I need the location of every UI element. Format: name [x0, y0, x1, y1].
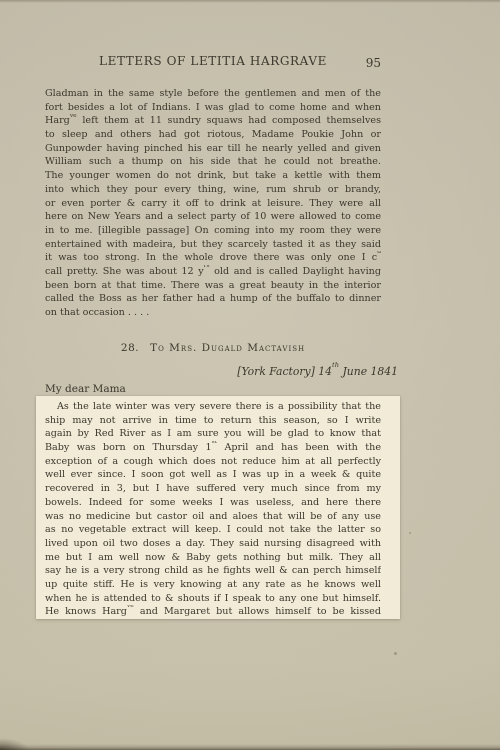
text-line: Gunpowder having pinched his ear till he… — [45, 142, 381, 156]
text-line: me but I am well now & Baby gets nothing… — [45, 551, 381, 565]
text-line: again by Red River as I am sure you will… — [45, 427, 381, 441]
text-line: bowels. Indeed for some weeks I was usel… — [45, 496, 381, 510]
text-line: He knows Hargve and Margaret but allows … — [45, 605, 381, 619]
text-line: been born at that time. There was a grea… — [45, 279, 381, 293]
text-line: As the late winter was very severe there… — [45, 400, 381, 414]
text-line: exception of a cough which does not redu… — [45, 455, 381, 469]
letter-salutation: My dear Mama — [45, 383, 126, 395]
text-line: fort besides a lot of Indians. I was gla… — [45, 101, 381, 115]
text-line: The younger women do not drink, but take… — [45, 169, 381, 183]
text-line: ship may not arrive in time to return th… — [45, 414, 381, 428]
letter-body: As the late winter was very severe there… — [45, 400, 381, 619]
paper-speck — [394, 652, 397, 655]
text-line: was no medicine but castor oil and aloes… — [45, 510, 381, 524]
text-line: up quite stiff. He is very knowing at an… — [45, 578, 381, 592]
text-line: as no vegetable extract will keep. I cou… — [45, 523, 381, 537]
letter-dateline: [York Factory] 14th June 1841 — [45, 365, 398, 378]
text-line: entertained with madeira, but they scarc… — [45, 238, 381, 252]
page-top-edge — [0, 0, 500, 3]
text-line: call pretty. She was about 12 yrs old an… — [45, 265, 381, 279]
text-line: say he is a very strong child as he figh… — [45, 564, 381, 578]
page-bottom-edge — [0, 744, 500, 750]
text-line: into which they pour every thing, wine, … — [45, 183, 381, 197]
text-line: here on New Years and a select party of … — [45, 210, 381, 224]
letter-number: 28. — [121, 342, 139, 354]
header-title: LETTERS OF LETITIA HARGRAVE — [45, 54, 381, 68]
letter-heading: 28.To Mrs. Dugald Mactavish — [45, 342, 381, 354]
text-line: in to me. [illegible passage] On coming … — [45, 224, 381, 238]
highlighted-passage: As the late winter was very severe there… — [36, 396, 400, 619]
text-line: recovered in 3, but I have suffered very… — [45, 482, 381, 496]
page-corner-shadow — [0, 738, 30, 750]
text-line: lived upon oil two doses a day. They sai… — [45, 537, 381, 551]
text-line: Baby was born on Thursday 1st April and … — [45, 441, 381, 455]
letter-recipient: To Mrs. Dugald Mactavish — [150, 342, 305, 354]
text-line: called the Boss as her father had a hump… — [45, 292, 381, 306]
text-line: Gladman in the same style before the gen… — [45, 87, 381, 101]
text-line: well ever since. I soon got well as I wa… — [45, 468, 381, 482]
text-line: or even porter & carry it off to drink a… — [45, 197, 381, 211]
running-header: LETTERS OF LETITIA HARGRAVE 95 — [45, 54, 381, 70]
text-line: to sleep and others had got riotous, Mad… — [45, 128, 381, 142]
page-number: 95 — [366, 56, 381, 70]
paper-speck — [409, 532, 411, 534]
text-line: Hargve left them at 11 sundry squaws had… — [45, 114, 381, 128]
text-line: on that occasion . . . . — [45, 306, 381, 320]
text-line: when he is attended to & shouts if I spe… — [45, 592, 381, 606]
text-line: William such a thump on his side that he… — [45, 155, 381, 169]
text-line: it was too strong. In the whole drove th… — [45, 251, 381, 265]
preceding-letter-excerpt: Gladman in the same style before the gen… — [45, 87, 381, 320]
